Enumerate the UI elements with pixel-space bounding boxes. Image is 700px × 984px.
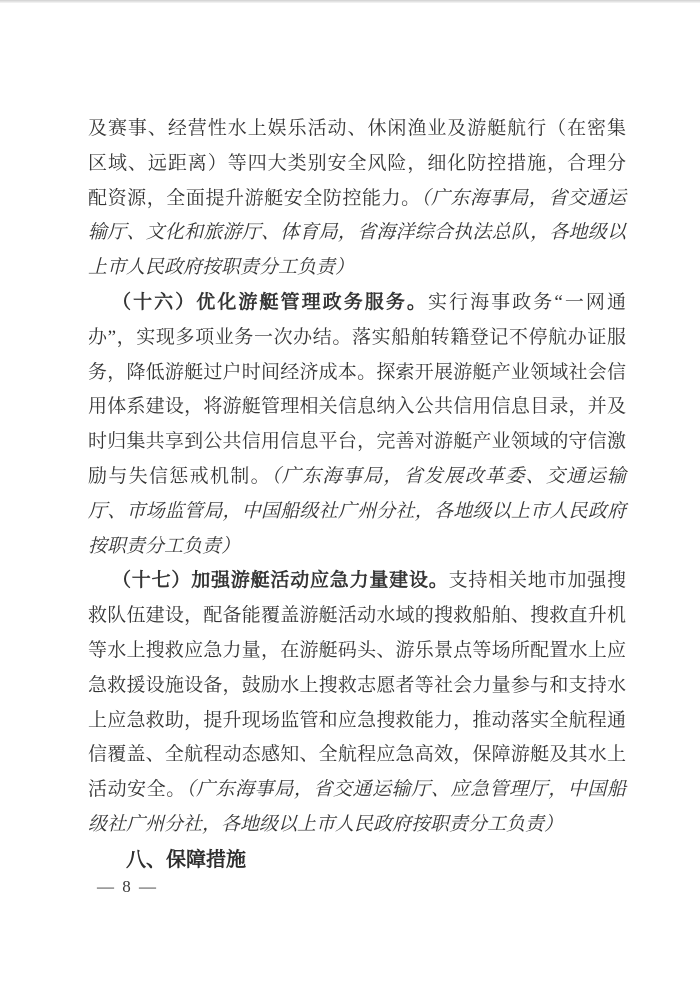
department-attribution-segment: （广东海事局，省交通运输厅、应急管理厅，中国船 xyxy=(186,779,626,800)
text-line: 及赛事、经营性水上娱乐活动、休闲渔业及游艇航行（在密集 xyxy=(88,112,626,147)
text-segment: 配资源，全面提升游艇安全防控能力。 xyxy=(88,188,421,209)
text-line: 等水上搜救应急力量，在游艇码头、游乐景点等场所配置水上应 xyxy=(88,634,626,669)
department-attribution-segment: 厅、市场监管局，中国船级社广州分社，各地级以上市人民政府 xyxy=(88,501,626,522)
department-attribution-segment: （广东海事局，省交通运 xyxy=(421,188,626,209)
section-heading: 八、保障措施 xyxy=(88,843,626,878)
text-line: 活动安全。（广东海事局，省交通运输厅、应急管理厅，中国船 xyxy=(88,773,626,808)
text-line: 办”，实现多项业务一次办结。落实船舶转籍登记不停航办证服 xyxy=(88,321,626,356)
text-segment: 急救援设施设备，鼓励水上搜救志愿者等社会力量参与和支持水 xyxy=(88,675,626,696)
text-line-section-17: （十七）加强游艇活动应急力量建设。支持相关地市加强搜 xyxy=(88,564,626,599)
department-attribution-segment: 输厅、文化和旅游厅、体育局，省海洋综合执法总队，各地级以 xyxy=(88,222,626,243)
text-segment: 等水上搜救应急力量，在游艇码头、游乐景点等场所配置水上应 xyxy=(88,640,626,661)
section-heading-text: 八、保障措施 xyxy=(126,849,246,871)
text-line: 输厅、文化和旅游厅、体育局，省海洋综合执法总队，各地级以 xyxy=(88,216,626,251)
text-line: 配资源，全面提升游艇安全防控能力。（广东海事局，省交通运 xyxy=(88,182,626,217)
text-segment: 活动安全。 xyxy=(88,779,186,800)
text-segment: 时归集共享到公共信用信息平台，完善对游艇产业领域的守信激 xyxy=(88,431,626,452)
text-line: 厅、市场监管局，中国船级社广州分社，各地级以上市人民政府 xyxy=(88,495,626,530)
text-line: 用体系建设，将游艇管理相关信息纳入公共信用信息目录，并及 xyxy=(88,390,626,425)
department-attribution-segment: 级社广州分社，各地级以上市人民政府按职责分工负责） xyxy=(88,814,563,835)
text-segment: 办”，实现多项业务一次办结。落实船舶转籍登记不停航办证服 xyxy=(88,327,626,348)
text-segment: 励与失信惩戒机制。 xyxy=(88,466,271,487)
section-lead-in: （十七）加强游艇活动应急力量建设。 xyxy=(112,570,449,591)
text-line: 级社广州分社，各地级以上市人民政府按职责分工负责） xyxy=(88,808,626,843)
document-page: 及赛事、经营性水上娱乐活动、休闲渔业及游艇航行（在密集 区域、远距离）等四大类别… xyxy=(0,0,700,984)
text-line: 信覆盖、全航程动态感知、全航程应急高效，保障游艇及其水上 xyxy=(88,738,626,773)
text-segment: 救队伍建设，配备能覆盖游艇活动水域的搜救船舶、搜救直升机 xyxy=(88,605,626,626)
text-line: 急救援设施设备，鼓励水上搜救志愿者等社会力量参与和支持水 xyxy=(88,669,626,704)
document-text-block: 及赛事、经营性水上娱乐活动、休闲渔业及游艇航行（在密集 区域、远距离）等四大类别… xyxy=(88,112,626,878)
text-segment: 区域、远距离）等四大类别安全风险，细化防控措施，合理分 xyxy=(88,153,626,174)
text-segment: 务，降低游艇过户时间经济成本。探索开展游艇产业领域社会信 xyxy=(88,362,626,383)
text-line: 务，降低游艇过户时间经济成本。探索开展游艇产业领域社会信 xyxy=(88,356,626,391)
text-segment: 信覆盖、全航程动态感知、全航程应急高效，保障游艇及其水上 xyxy=(88,744,626,765)
text-segment: 用体系建设，将游艇管理相关信息纳入公共信用信息目录，并及 xyxy=(88,396,626,417)
text-line: 区域、远距离）等四大类别安全风险，细化防控措施，合理分 xyxy=(88,147,626,182)
department-attribution-segment: 上市人民政府按职责分工负责） xyxy=(88,257,354,278)
department-attribution-segment: （广东海事局，省发展改革委、交通运输 xyxy=(271,466,626,487)
text-line: 上应急救助，提升现场监管和应急搜救能力，推动落实全航程通 xyxy=(88,704,626,739)
scan-edge-artifact xyxy=(0,0,700,3)
text-segment: 实行海事政务“一网通 xyxy=(428,292,626,313)
text-line: 时归集共享到公共信用信息平台，完善对游艇产业领域的守信激 xyxy=(88,425,626,460)
text-line: 救队伍建设，配备能覆盖游艇活动水域的搜救船舶、搜救直升机 xyxy=(88,599,626,634)
section-lead-in: （十六）优化游艇管理政务服务。 xyxy=(112,292,428,313)
page-number: — 8 — xyxy=(97,877,158,897)
text-line: 励与失信惩戒机制。（广东海事局，省发展改革委、交通运输 xyxy=(88,460,626,495)
text-line: 上市人民政府按职责分工负责） xyxy=(88,251,626,286)
text-segment: 及赛事、经营性水上娱乐活动、休闲渔业及游艇航行（在密集 xyxy=(88,118,626,139)
text-line: 按职责分工负责） xyxy=(88,530,626,565)
text-line-section-16: （十六）优化游艇管理政务服务。实行海事政务“一网通 xyxy=(88,286,626,321)
department-attribution-segment: 按职责分工负责） xyxy=(88,536,240,557)
text-segment: 上应急救助，提升现场监管和应急搜救能力，推动落实全航程通 xyxy=(88,710,626,731)
text-segment: 支持相关地市加强搜 xyxy=(449,570,626,591)
